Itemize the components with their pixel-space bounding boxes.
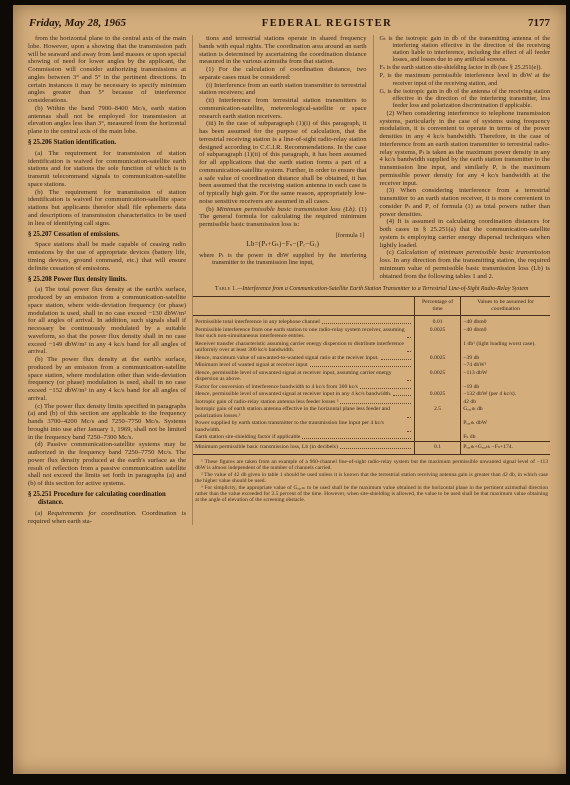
row-label: Permissible interference from one earth … [195,327,405,340]
row-label: Hence, permissible level of unwanted sig… [195,391,391,398]
table-row: Receiver transfer characteristic assumin… [193,340,550,354]
table1-header-values: Values to be assumed for coordination [461,297,550,316]
row-value: −40 dbm0 [461,316,550,327]
row-percentage: 0.0025 [414,354,460,362]
row-label: Minimum level of wanted signal at receiv… [195,362,308,369]
row-label: Hence, permissible level of unwanted sig… [195,370,405,383]
row-label: Earth station site-shielding factor if a… [195,434,300,441]
table-row: Hence, permissible level of unwanted sig… [193,391,550,399]
row-label: Factor for conversion of interference ba… [195,384,358,391]
paragraph-208c: (c) The power flux density limits specif… [28,403,186,442]
footnote-1: ¹ These figures are taken from an exampl… [195,459,548,471]
table1-title: Table 1.—Interference from a Communicati… [201,286,542,293]
formula-1: Lb=(Pₜ+Gₜ)−Fₛ−(Pᵣ−Gᵣ) [199,240,366,248]
row-value: 42 db [461,398,550,406]
paragraph-206a: (a) The requirement for transmission of … [28,150,186,189]
row-percentage [414,383,460,391]
dot-leader [302,438,410,439]
table1-title-text: —Interference from a Communication-Satel… [237,286,528,292]
paragraph-251b-lead: Minimum permissible basic transmission l… [216,206,356,213]
table1-title-label: Table 1. [215,286,237,292]
section-heading-25-208: § 25.208 Power flux density limits. [28,276,186,284]
section-heading-25-206: § 25.206 Station identification. [28,139,186,147]
table-row: Hence, maximum value of unwanted-to-want… [193,354,550,362]
table1-footnotes: ¹ These figures are taken from an exampl… [193,459,550,504]
dot-leader [407,351,411,352]
paragraph-251c: (c) Calculation of minimum permissible b… [380,249,550,280]
paragraph-251c-number: (c) [387,249,397,256]
paragraph-208a: (a) The total power flux density at the … [28,286,186,356]
row-percentage [414,420,460,434]
table1-header-percentage: Percentage of time [414,297,460,316]
paragraph-251c-rest: In any direction from the transmitting s… [380,257,550,280]
row-value: Fₛ db [461,434,550,442]
row-value: −113 dbW [461,369,550,383]
row-label: Isotropic gain of radio-relay station an… [195,399,338,406]
formula-label: [formula 1] [199,232,364,239]
newspaper-page: Friday, May 28, 1965 FEDERAL REGISTER 71… [13,5,566,774]
dot-leader [360,388,411,389]
section-heading-25-207: § 25.207 Cessation of emissions. [28,231,186,239]
row-value: −40 dbm0 [461,326,550,340]
row-percentage: 0.0025 [414,369,460,383]
definition-gt: Gₜ is the isotropic gain in db of the tr… [380,35,550,63]
table-row: Power supplied by earth station transmit… [193,420,550,434]
table-row: Permissible total interference in any te… [193,316,550,327]
row-value: −19 db [461,383,550,391]
table-row: Earth station site-shielding factor if a… [193,434,550,442]
row-value: −132 dbW (per 4 kc/s). [461,391,550,399]
paragraph-continuation: from the horizontal plane to the central… [28,35,186,105]
definition-fs: Fₛ is the earth station site-shielding f… [380,64,550,71]
paragraph-251b: (b) Minimum permissible basic transmissi… [199,206,366,229]
page-header: Friday, May 28, 1965 FEDERAL REGISTER 71… [27,15,552,35]
dot-leader [340,403,410,404]
paragraph-206b: (b) The requirement for transmission of … [28,189,186,228]
column-right-area: tions and terrestrial stations operate i… [192,35,552,525]
row-percentage [414,434,460,442]
column-right: Gₜ is the isotropic gain in db of the tr… [373,35,552,280]
paragraph-207: Space stations shall be made capable of … [28,241,186,272]
row-percentage: 0.0025 [414,326,460,340]
scan-background: Friday, May 28, 1965 FEDERAL REGISTER 71… [0,0,570,785]
row-percentage: 2.5 [414,406,460,420]
row-percentage [414,340,460,354]
row-label: Permissible total interference in any te… [195,319,320,326]
footnote-2: ² The value of 42 db given in table 1 sh… [195,472,548,484]
issue-date: Friday, May 28, 1965 [29,17,126,29]
row-label: Minimum permissible basic transmission l… [195,444,338,451]
columns-middle-right: tions and terrestrial stations operate i… [193,35,552,280]
row-value: 1 db¹ (light loading worst case). [461,340,550,354]
row-value: Gₑₐᵣₜₕ db [461,406,550,420]
row-percentage: 0.01 [414,316,460,327]
dot-leader [340,448,411,449]
column-middle: tions and terrestrial stations operate i… [193,35,372,280]
row-value: −39 db [461,354,550,362]
paragraph-case-i: (i) Interference from an earth station t… [199,82,366,98]
table-row-total: Minimum permissible basic transmission l… [193,442,550,455]
dot-leader [393,395,410,396]
definition-gr: Gᵣ is the isotropic gain in db of the an… [380,88,550,109]
row-label: Receiver transfer characteristic assumin… [195,341,405,354]
table1-header-blank [193,297,414,316]
dot-leader [310,366,411,367]
row-label: Power supplied by earth station transmit… [195,420,405,433]
paragraph-251a: (a) Requirements for coordination. Coord… [28,510,186,526]
table-row: Factor for conversion of interference ba… [193,383,550,391]
formula-where-clause: where Pₜ is the power in dbW supplied by… [199,252,366,266]
page-number: 7177 [528,17,550,29]
dot-leader [407,337,411,338]
row-value: Pₑₐᵣₜₕ+Gₑₐᵣₜₕ −Fₛ+174. [461,442,550,455]
paragraph-251b-number: (b) [206,206,216,213]
paragraph-assumed-4: (4) It is assumed in calculating coordin… [380,218,550,249]
dot-leader [407,431,411,432]
table1: Percentage of time Values to be assumed … [193,296,550,455]
paragraph-case-ii: (ii) Interference from terrestrial stati… [199,97,366,120]
row-label: Isotropic gain of earth station antenna … [195,406,405,419]
dot-leader [322,323,411,324]
dot-leader [407,417,411,418]
table-row: Isotropic gain of earth station antenna … [193,406,550,420]
paragraph-band-7900: (b) Within the band 7900–8400 Mc/s, eart… [28,105,186,136]
paragraph-calc-1: (1) For the calculation of coordination … [199,66,366,82]
table-row: Minimum level of wanted signal at receiv… [193,362,550,370]
table1-header-row: Percentage of time Values to be assumed … [193,297,550,316]
dot-leader [381,359,411,360]
row-percentage [414,398,460,406]
definition-pr: Pᵣ is the maximum permissible interferen… [380,72,550,86]
paragraph-208d: (d) Passive communication-satellite syst… [28,441,186,488]
paragraph-coordination: tions and terrestrial stations operate i… [199,35,366,66]
table-row: Permissible interference from one earth … [193,326,550,340]
row-value: −74 dbW¹ [461,362,550,370]
table-row: Isotropic gain of radio-relay station an… [193,398,550,406]
footnote-3: ³ For simplicity, the appropriate value … [195,485,548,503]
row-value: Pₑₐᵣₜₕ dbW [461,420,550,434]
table-row: Hence, permissible level of unwanted sig… [193,369,550,383]
section-heading-25-251: § 25.251 Procedure for calculating coord… [28,491,186,507]
paragraph-case-iii: (iii) In the case of subparagraph (1)(i)… [199,120,366,205]
paragraph-251a-lead: Requirements for coordination. [47,510,136,517]
table1-section: Table 1.—Interference from a Communicati… [193,286,552,504]
row-percentage: 0.1 [414,442,460,455]
publication-title: FEDERAL REGISTER [262,18,393,29]
three-column-body: from the horizontal plane to the central… [27,35,552,525]
paragraph-telephone-2: (2) When considering interference to tel… [380,110,550,188]
column-left: from the horizontal plane to the central… [27,35,192,525]
paragraph-251a-number: (a) [35,510,47,517]
row-percentage [414,362,460,370]
dot-leader [407,380,411,381]
paragraph-208b: (b) The power flux density at the earth'… [28,356,186,403]
row-percentage: 0.0025 [414,391,460,399]
paragraph-terrestrial-3: (3) When considering interference from a… [380,187,550,218]
row-label: Hence, maximum value of unwanted-to-want… [195,355,379,362]
